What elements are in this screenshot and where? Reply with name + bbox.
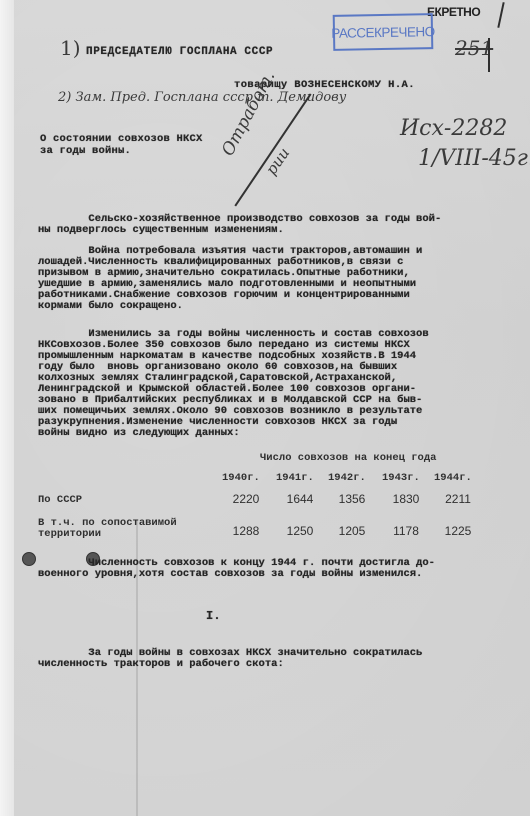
subject-line-2: за годы войны. bbox=[40, 146, 131, 157]
table-cell: 1288 bbox=[224, 524, 268, 538]
sheet-number-bar bbox=[488, 38, 490, 72]
addressee-1-number: 1) bbox=[60, 36, 81, 60]
table-cell: 1178 bbox=[384, 524, 428, 538]
table-cell: 1205 bbox=[330, 524, 374, 538]
secret-classification-mark: ЕКРЕТНО bbox=[427, 5, 480, 19]
table-cell: 1830 bbox=[384, 492, 428, 506]
paragraph-line: военного уровня,хотя состав совхозов за … bbox=[38, 569, 518, 580]
paragraph-2: Война потребовала изъятия части тракторо… bbox=[38, 246, 518, 312]
table-row: По СССР22201644135618302211 bbox=[38, 494, 518, 508]
table-header-row: 1940г.1941г.1942г.1943г.1944г. bbox=[38, 472, 518, 486]
table-caption: Число совхозов на конец года bbox=[260, 452, 436, 464]
table-cell: 1250 bbox=[278, 524, 322, 538]
paragraph-line: кормами было сокращено. bbox=[38, 301, 518, 312]
corner-slash-mark bbox=[497, 2, 504, 28]
paragraph-line: войны видно из следующих данных: bbox=[38, 428, 518, 439]
table-cell: 2220 bbox=[224, 492, 268, 506]
table-cell: 1644 bbox=[278, 492, 322, 506]
punch-hole bbox=[22, 552, 36, 566]
registration-date: 1/VIII-45г. bbox=[418, 146, 530, 171]
table-column-header: 1943г. bbox=[382, 472, 420, 484]
paragraph-1: Сельско-хозяйственное производство совхо… bbox=[38, 214, 518, 236]
table-column-header: 1941г. bbox=[276, 472, 314, 484]
table-cell: 1356 bbox=[330, 492, 374, 506]
section-number: I. bbox=[206, 611, 221, 622]
declassified-stamp: РАССЕКРЕЧЕНО bbox=[333, 13, 434, 51]
addressee-1-title: ПРЕДСЕДАТЕЛЮ ГОСПЛАНА СССР bbox=[86, 47, 273, 58]
paragraph-3: Изменились за годы войны численность и с… bbox=[38, 329, 518, 439]
table-column-header: 1942г. bbox=[328, 472, 366, 484]
table-row: В т.ч. по сопоставимойтерритории12881250… bbox=[38, 522, 518, 536]
paragraph-5: За годы войны в совхозах НКСХ значительн… bbox=[38, 648, 518, 670]
paragraph-4: Численность совхозов к концу 1944 г. поч… bbox=[38, 558, 518, 580]
table-row-label: территории bbox=[38, 528, 101, 540]
document-page: ЕКРЕТНО РАССЕКРЕЧЕНО 251 1) ПРЕДСЕДАТЕЛЮ… bbox=[0, 0, 530, 816]
table-column-header: 1940г. bbox=[222, 472, 260, 484]
subject-line-1: О состоянии совхозов НКСХ bbox=[40, 134, 203, 145]
table-cell: 2211 bbox=[436, 492, 480, 506]
table-row-label: По СССР bbox=[38, 494, 82, 506]
resolution-handwritten-2: рии bbox=[262, 144, 293, 178]
paragraph-line: ны подверглось существенным изменениям. bbox=[38, 225, 518, 236]
table-column-header: 1944г. bbox=[434, 472, 472, 484]
paragraph-line: численность тракторов и рабочего скота: bbox=[38, 659, 518, 670]
registration-number: Исх-2282 bbox=[400, 116, 507, 141]
table-cell: 1225 bbox=[436, 524, 480, 538]
paper-left-edge bbox=[0, 0, 14, 816]
